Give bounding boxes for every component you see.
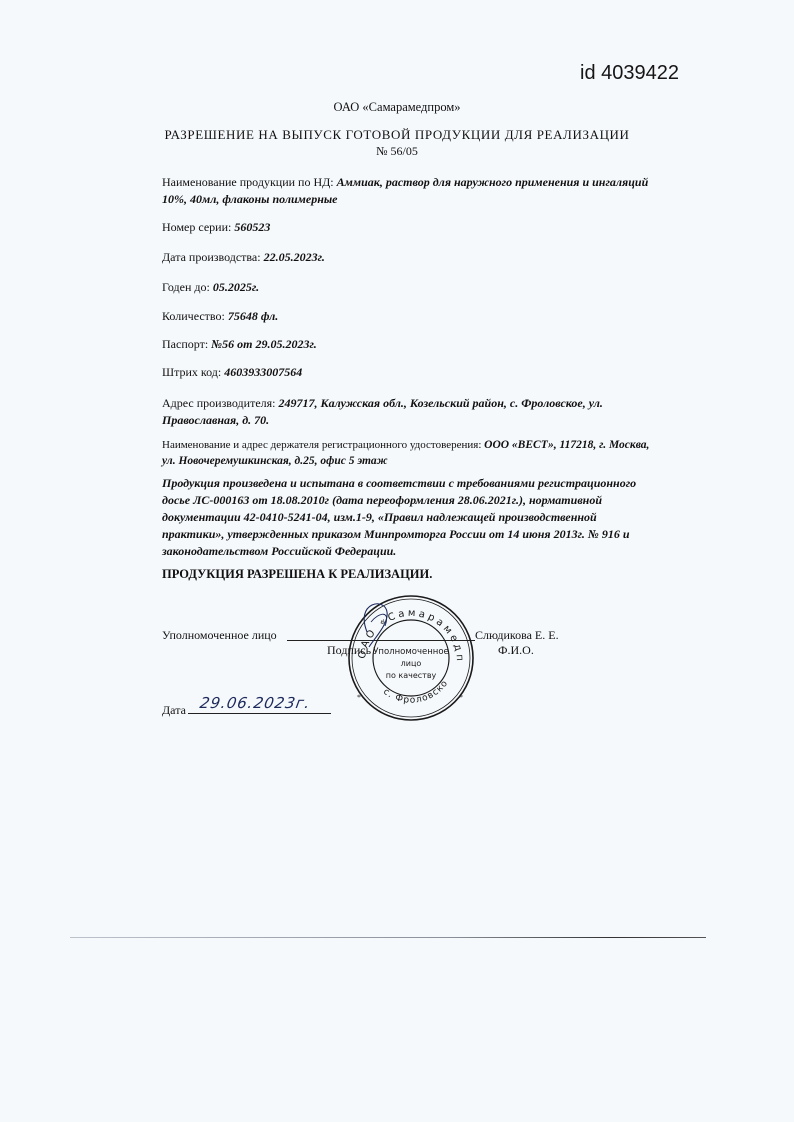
- field-value: 22.05.2023г.: [264, 250, 325, 264]
- authorized-person-label: Уполномоченное лицо: [162, 628, 277, 643]
- footer-divider: [70, 937, 706, 938]
- svg-text:Уполномоченное: Уполномоченное: [373, 647, 449, 657]
- name-sub-label: Ф.И.О.: [498, 643, 534, 658]
- field-value: 4603933007564: [224, 365, 302, 379]
- organization-name: ОАО «Самарамедпром»: [0, 100, 794, 115]
- field-label: Паспорт:: [162, 337, 211, 351]
- field-label: Наименование продукции по НД:: [162, 175, 337, 189]
- field-value: 560523: [234, 220, 270, 234]
- field-barcode: Штрих код: 4603933007564: [162, 364, 652, 381]
- field-label: Штрих код:: [162, 365, 224, 379]
- field-label: Адрес производителя:: [162, 396, 278, 410]
- field-value: №56 от 29.05.2023г.: [211, 337, 317, 351]
- field-manufacturer-address: Адрес производителя: 249717, Калужская о…: [162, 395, 647, 429]
- stamp-icon: ОАО «Самарамедпром» с. Фроловское Уполно…: [345, 592, 477, 724]
- field-label: Годен до:: [162, 280, 213, 294]
- field-production-date: Дата производства: 22.05.2023г.: [162, 249, 652, 266]
- field-quantity: Количество: 75648 фл.: [162, 308, 652, 325]
- document-number: № 56/05: [0, 143, 794, 159]
- document-title: РАЗРЕШЕНИЕ НА ВЫПУСК ГОТОВОЙ ПРОДУКЦИИ Д…: [0, 127, 794, 159]
- field-expiry: Годен до: 05.2025г.: [162, 279, 652, 296]
- authorized-person-name: Слюдикова Е. Е.: [475, 628, 559, 643]
- document-id: id 4039422: [580, 62, 679, 85]
- title-text: РАЗРЕШЕНИЕ НА ВЫПУСК ГОТОВОЙ ПРОДУКЦИИ Д…: [0, 127, 794, 143]
- field-label: Количество:: [162, 309, 228, 323]
- date-label: Дата: [162, 703, 186, 718]
- field-passport: Паспорт: №56 от 29.05.2023г.: [162, 336, 652, 353]
- field-value: 05.2025г.: [213, 280, 259, 294]
- svg-text:*: *: [357, 693, 361, 702]
- compliance-statement: Продукция произведена и испытана в соотв…: [162, 475, 642, 560]
- date-line: [188, 713, 331, 714]
- approval-text: ПРОДУКЦИЯ РАЗРЕШЕНА К РЕАЛИЗАЦИИ.: [162, 567, 432, 582]
- field-product-name: Наименование продукции по НД: Аммиак, ра…: [162, 174, 652, 208]
- field-series: Номер серии: 560523: [162, 219, 652, 236]
- field-label: Номер серии:: [162, 220, 234, 234]
- svg-text:по качеству: по качеству: [386, 671, 437, 680]
- svg-text:*: *: [459, 693, 463, 702]
- field-value: 75648 фл.: [228, 309, 278, 323]
- field-label: Наименование и адрес держателя регистрац…: [162, 439, 484, 451]
- stamp-seal: ОАО «Самарамедпром» с. Фроловское Уполно…: [345, 592, 477, 724]
- svg-text:лицо: лицо: [401, 659, 422, 668]
- handwritten-date: 29.06.2023г.: [198, 694, 312, 712]
- field-holder: Наименование и адрес держателя регистрац…: [162, 437, 652, 469]
- field-label: Дата производства:: [162, 250, 264, 264]
